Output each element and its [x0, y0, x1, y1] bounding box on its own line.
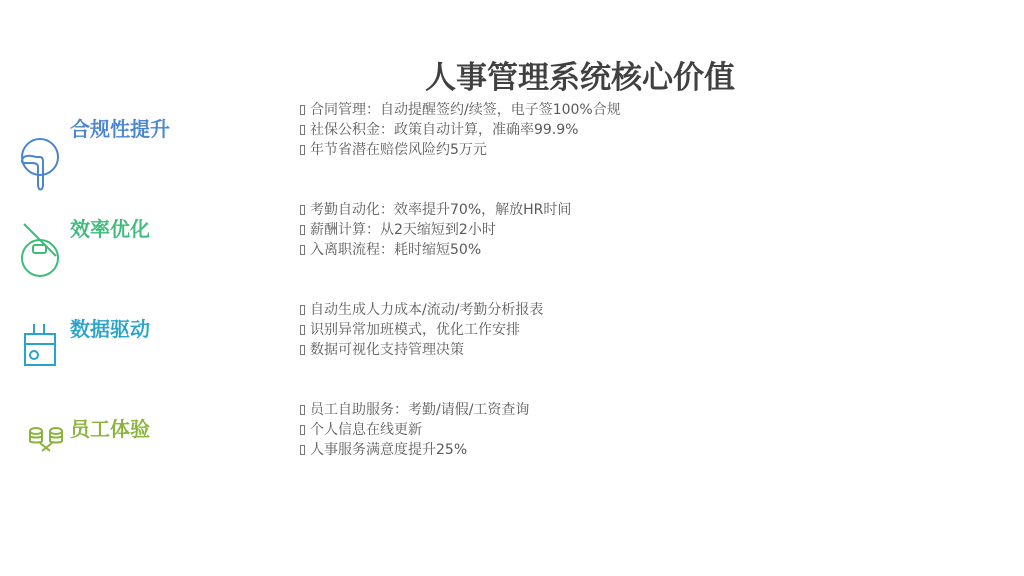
page-title: 人事管理系统核心价值: [330, 58, 830, 98]
section-heading: 数据驱动: [70, 316, 150, 342]
section-compliance: 合规性提升 合同管理：自动提醒签约/续签，电子签100%合规 社保公积金：政策自…: [0, 100, 1024, 200]
list-item: 员工自助服务：考勤/请假/工资查询: [300, 400, 529, 420]
section-heading: 合规性提升: [70, 116, 170, 142]
bullet-icon: [300, 245, 305, 255]
bullet-icon: [300, 325, 305, 335]
wrench-circle-icon: [14, 135, 70, 195]
list-item: 人事服务满意度提升25%: [300, 440, 529, 460]
database-stack-icon: [14, 418, 70, 478]
bullet-list: 自动生成人力成本/流动/考勤分析报表 识别异常加班模式，优化工作安排 数据可视化…: [300, 300, 543, 360]
bullet-icon: [300, 105, 305, 115]
section-employee-experience: 员工体验 员工自助服务：考勤/请假/工资查询 个人信息在线更新 人事服务满意度提…: [0, 400, 1024, 500]
section-heading: 员工体验: [70, 416, 150, 442]
list-item: 年节省潜在赔偿风险约5万元: [300, 140, 621, 160]
list-item: 个人信息在线更新: [300, 420, 529, 440]
bullet-icon: [300, 125, 305, 135]
list-item: 识别异常加班模式，优化工作安排: [300, 320, 543, 340]
bullet-icon: [300, 225, 305, 235]
bullet-icon: [300, 205, 305, 215]
bullet-icon: [300, 405, 305, 415]
list-item: 入离职流程：耗时缩短50%: [300, 240, 571, 260]
bullet-icon: [300, 345, 305, 355]
list-item: 考勤自动化：效率提升70%，解放HR时间: [300, 200, 571, 220]
section-efficiency: 效率优化 考勤自动化：效率提升70%，解放HR时间 薪酬计算：从2天缩短到2小时…: [0, 200, 1024, 300]
section-data-driven: 数据驱动 自动生成人力成本/流动/考勤分析报表 识别异常加班模式，优化工作安排 …: [0, 300, 1024, 400]
stopwatch-icon: [14, 220, 70, 280]
bullet-icon: [300, 425, 305, 435]
list-item: 自动生成人力成本/流动/考勤分析报表: [300, 300, 543, 320]
bullet-list: 员工自助服务：考勤/请假/工资查询 个人信息在线更新 人事服务满意度提升25%: [300, 400, 529, 460]
list-item: 社保公积金：政策自动计算，准确率99.9%: [300, 120, 621, 140]
section-heading: 效率优化: [70, 216, 150, 242]
bullet-list: 考勤自动化：效率提升70%，解放HR时间 薪酬计算：从2天缩短到2小时 入离职流…: [300, 200, 571, 260]
bullet-icon: [300, 305, 305, 315]
list-item: 薪酬计算：从2天缩短到2小时: [300, 220, 571, 240]
plug-device-icon: [14, 320, 70, 380]
bullet-icon: [300, 445, 305, 455]
bullet-list: 合同管理：自动提醒签约/续签，电子签100%合规 社保公积金：政策自动计算，准确…: [300, 100, 621, 160]
list-item: 数据可视化支持管理决策: [300, 340, 543, 360]
list-item: 合同管理：自动提醒签约/续签，电子签100%合规: [300, 100, 621, 120]
bullet-icon: [300, 145, 305, 155]
